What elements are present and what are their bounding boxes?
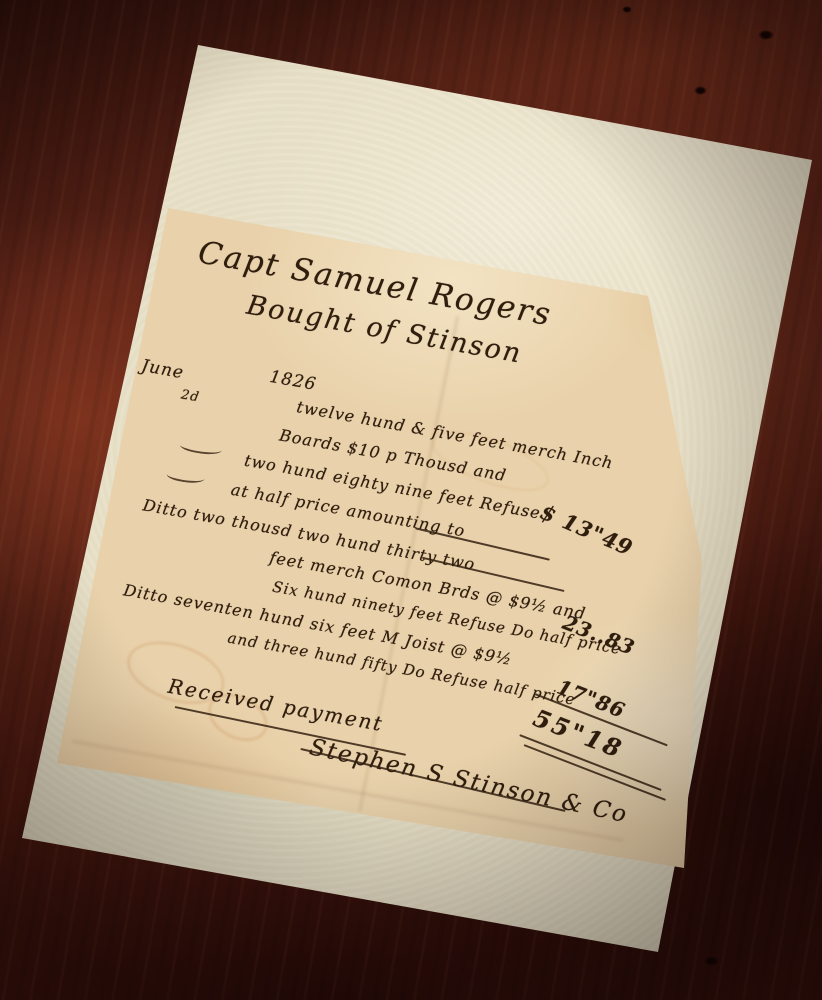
pen-flourish [166,467,206,486]
date-day: 2d [180,387,201,405]
wood-knot [622,6,632,13]
wood-knot [704,956,719,966]
wood-knot [758,30,774,40]
handwriting-area: Capt Samuel Rogers Bought of Stinson Jun… [65,208,719,878]
pen-flourish [179,438,222,457]
amount-first: $ 13"49 [537,499,637,561]
date-month: June [140,356,186,383]
photo-scene: Capt Samuel Rogers Bought of Stinson Jun… [0,0,822,1000]
date-year: 1826 [268,367,318,395]
wood-knot [694,86,707,95]
